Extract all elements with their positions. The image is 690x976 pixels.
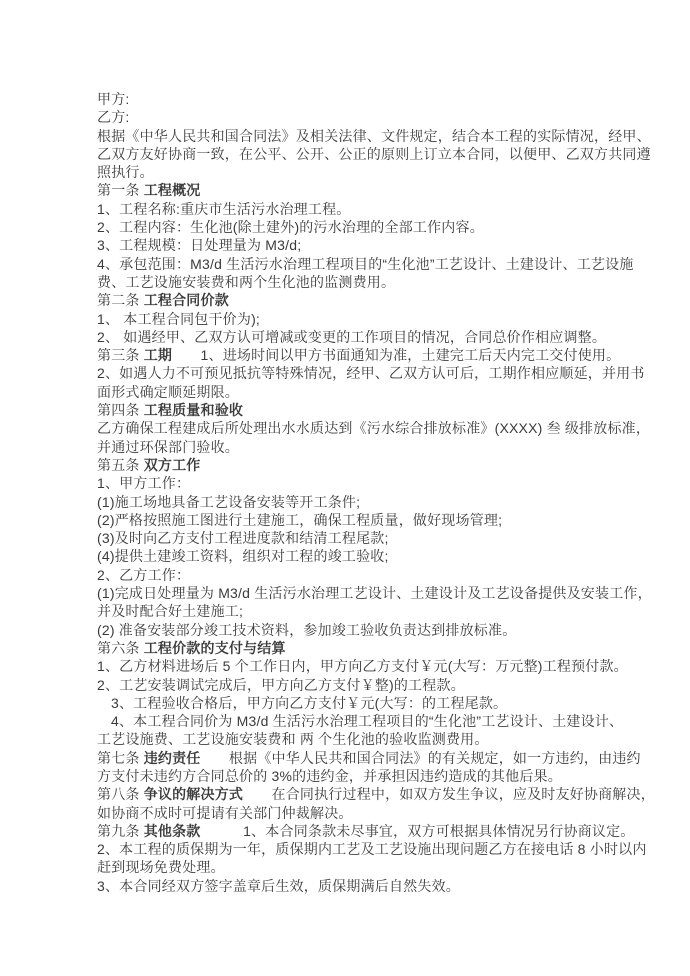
document-line: (3)及时向乙方支付工程进度款和结清工程尾款; [97,529,660,547]
document-line: 第三条 工期 1、进场时间以甲方书面通知为准，土建完工后天内完工交付使用。 [97,346,660,364]
document-line: 并及时配合好土建施工; [97,602,660,620]
document-line: 乙方: [97,108,660,126]
text-segment: 工艺设施费、工艺设施安装费和 两 个生化池的验收监测费用。 [97,731,489,747]
section-title: 违约责任 [144,750,201,766]
text-segment: 2、本工程的质保期为一年，质保期内工艺及工艺设施出现问题乙方在接电话 8 小时以… [97,841,647,857]
document-line: 照执行。 [97,163,660,181]
document-line: 4、承包范围：M3/d 生活污水治理工程项目的“生化池”工艺设计、土建设计、工艺… [97,255,660,273]
document-line: 第一条 工程概况 [97,181,660,199]
document-line: 如协商不成时可提请有关部门仲裁解决。 [97,804,660,822]
text-segment: 2、工艺安装调试完成后，甲方向乙方支付￥整)的工程款。 [97,677,465,693]
text-segment: 2、乙方工作： [97,567,190,583]
text-segment: 3、本合同经双方签字盖章后生效，质保期满后自然失效。 [97,878,460,894]
section-title: 其他条款 [144,823,201,839]
document-line: (2)严格按照施工图进行土建施工，确保工程质量，做好现场管理; [97,511,660,529]
document-line: 2、工艺安装调试完成后，甲方向乙方支付￥整)的工程款。 [97,676,660,694]
text-segment: 2、 如遇经甲、乙双方认可增减或变更的工作项目的情况，合同总价作相应调整。 [97,329,606,345]
document-line: 甲方: [97,90,660,108]
document-line: 费、工艺设施安装费和两个生化池的监测费用。 [97,273,660,291]
text-segment: 根据《中华人民共和国合同法》的有关规定，如一方违约，由违约 [201,750,641,766]
document-line: 3、工程验收合格后，甲方向乙方支付￥元(大写：的工程尾款。 [97,694,660,712]
document-line: (1)施工场地具备工艺设备安装等开工条件; [97,493,660,511]
text-segment: 1、 本工程合同包干价为); [97,311,260,327]
text-segment: 4、承包范围：M3/d 生活污水治理工程项目的“生化池”工艺设计、土建设计、工艺… [97,256,634,272]
text-segment: (2) 准备安装部分竣工技术资料，参加竣工验收负责达到排放标准。 [97,622,516,638]
text-segment: 第七条 [97,750,144,766]
text-segment: 面形式确定顺延期限。 [97,384,239,400]
contract-lines: 甲方:乙方:根据《中华人民共和国合同法》及相关法律、文件规定，结合本工程的实际情… [97,90,660,895]
text-segment: 2、工程内容：生化池(除土建外)的污水治理的全部工作内容。 [97,219,484,235]
document-line: 并通过环保部门验收。 [97,438,660,456]
section-title: 工程概况 [144,182,201,198]
text-segment: 1、工程名称:重庆市生活污水治理工程。 [97,201,350,217]
document-line: 第九条 其他条款 1、本合同条款未尽事宜，双方可根据具体情况另行协商议定。 [97,822,660,840]
document-line: 1、甲方工作： [97,474,660,492]
text-segment: 照执行。 [97,164,154,180]
text-segment: 1、甲方工作： [97,475,190,491]
document-line: 3、工程规模：日处理量为 M3/d; [97,236,660,254]
section-title: 工程价款的支付与结算 [144,640,286,656]
text-segment: (3)及时向乙方支付工程进度款和结清工程尾款; [97,530,389,546]
document-line: 2、工程内容：生化池(除土建外)的污水治理的全部工作内容。 [97,218,660,236]
document-line: 2、本工程的质保期为一年，质保期内工艺及工艺设施出现问题乙方在接电话 8 小时以… [97,840,660,858]
text-segment: 1、乙方材料进场后 5 个工作日内，甲方向乙方支付￥元(大写：万元整)工程预付款… [97,658,628,674]
text-segment: 第三条 [97,347,144,363]
document-line: 1、工程名称:重庆市生活污水治理工程。 [97,200,660,218]
document-line: 乙双方友好协商一致，在公平、公开、公正的原则上订立本合同，以便甲、乙双方共同遵 [97,145,660,163]
text-segment: (2)严格按照施工图进行土建施工，确保工程质量，做好现场管理; [97,512,502,528]
text-segment: 根据《中华人民共和国合同法》及相关法律、文件规定，结合本工程的实际情况，经甲、 [97,128,651,144]
section-title: 工程合同价款 [144,292,229,308]
section-title: 工期 [144,347,172,363]
text-segment: 并通过环保部门验收。 [97,439,239,455]
document-line: 根据《中华人民共和国合同法》及相关法律、文件规定，结合本工程的实际情况，经甲、 [97,127,660,145]
text-segment: 赶到现场免费处理。 [97,859,225,875]
text-segment: 4、本工程合同价为 M3/d 生活污水治理工程项目的“生化池”工艺设计、土建设计… [111,713,623,729]
text-segment: 1、进场时间以甲方书面通知为准，土建完工后天内完工交付使用。 [172,347,620,363]
text-segment: 费、工艺设施安装费和两个生化池的监测费用。 [97,274,395,290]
text-segment: 乙方确保工程建成后所处理出水水质达到《污水综合排放标准》(XXXX) 叁 级排放… [97,420,650,436]
document-line: 2、如遇人力不可预见抵抗等特殊情况，经甲、乙双方认可后，工期作相应顺延，并用书 [97,364,660,382]
text-segment: 第九条 [97,823,144,839]
text-segment: (4)提供土建竣工资料，组织对工程的竣工验收; [97,548,389,564]
text-segment: 1、本合同条款未尽事宜，双方可根据具体情况另行协商议定。 [201,823,635,839]
text-segment: 方支付未违约方合同总价的 3%的违约金，并承担因违约造成的其他后果。 [97,768,562,784]
text-segment: 3、工程规模：日处理量为 M3/d; [97,237,301,253]
section-title: 双方工作 [144,457,201,473]
text-segment: 在合同执行过程中，如双方发生争议，应及时友好协商解决， [243,786,655,802]
document-line: 第四条 工程质量和验收 [97,401,660,419]
document-line: 第二条 工程合同价款 [97,291,660,309]
text-segment: 乙双方友好协商一致，在公平、公开、公正的原则上订立本合同，以便甲、乙双方共同遵 [97,146,651,162]
document-line: 2、乙方工作： [97,566,660,584]
document-line: 第八条 争议的解决方式 在合同执行过程中，如双方发生争议，应及时友好协商解决， [97,785,660,803]
text-segment: 乙方: [97,109,130,125]
text-segment: 第二条 [97,292,144,308]
text-segment: 第一条 [97,182,144,198]
text-segment: 第六条 [97,640,144,656]
text-segment: 如协商不成时可提请有关部门仲裁解决。 [97,805,353,821]
document-line: 乙方确保工程建成后所处理出水水质达到《污水综合排放标准》(XXXX) 叁 级排放… [97,419,660,437]
text-segment: 第五条 [97,457,144,473]
text-segment: (1)完成日处理量为 M3/d 生活污水治理工艺设计、土建设计及工艺设备提供及安… [97,585,652,601]
text-segment: 3、工程验收合格后，甲方向乙方支付￥元(大写：的工程尾款。 [111,695,507,711]
text-segment: 并及时配合好土建施工; [97,603,243,619]
text-segment: 2、如遇人力不可预见抵抗等特殊情况，经甲、乙双方认可后，工期作相应顺延，并用书 [97,365,645,381]
document-line: 2、 如遇经甲、乙双方认可增减或变更的工作项目的情况，合同总价作相应调整。 [97,328,660,346]
document-line: 1、 本工程合同包干价为); [97,310,660,328]
document-line: 3、本合同经双方签字盖章后生效，质保期满后自然失效。 [97,877,660,895]
text-segment: (1)施工场地具备工艺设备安装等开工条件; [97,494,360,510]
document-line: 4、本工程合同价为 M3/d 生活污水治理工程项目的“生化池”工艺设计、土建设计… [97,712,660,730]
document-line: (4)提供土建竣工资料，组织对工程的竣工验收; [97,547,660,565]
document-line: 方支付未违约方合同总价的 3%的违约金，并承担因违约造成的其他后果。 [97,767,660,785]
document-line: 第六条 工程价款的支付与结算 [97,639,660,657]
document-line: 面形式确定顺延期限。 [97,383,660,401]
document-page: 甲方:乙方:根据《中华人民共和国合同法》及相关法律、文件规定，结合本工程的实际情… [0,0,690,976]
section-title: 工程质量和验收 [144,402,243,418]
document-line: 1、乙方材料进场后 5 个工作日内，甲方向乙方支付￥元(大写：万元整)工程预付款… [97,657,660,675]
document-line: (2) 准备安装部分竣工技术资料，参加竣工验收负责达到排放标准。 [97,621,660,639]
document-line: 第五条 双方工作 [97,456,660,474]
document-line: 工艺设施费、工艺设施安装费和 两 个生化池的验收监测费用。 [97,730,660,748]
document-line: 第七条 违约责任 根据《中华人民共和国合同法》的有关规定，如一方违约，由违约 [97,749,660,767]
text-segment: 第四条 [97,402,144,418]
section-title: 争议的解决方式 [144,786,243,802]
text-segment: 第八条 [97,786,144,802]
text-segment: 甲方: [97,91,130,107]
document-line: (1)完成日处理量为 M3/d 生活污水治理工艺设计、土建设计及工艺设备提供及安… [97,584,660,602]
document-line: 赶到现场免费处理。 [97,858,660,876]
contract-document: 甲方:乙方:根据《中华人民共和国合同法》及相关法律、文件规定，结合本工程的实际情… [97,90,660,895]
